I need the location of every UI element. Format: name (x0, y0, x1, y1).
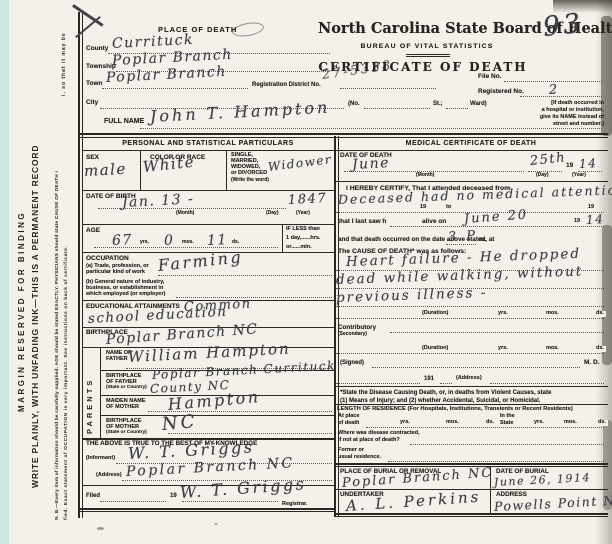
ink-speck-2 (214, 523, 218, 525)
header-rule-a (80, 133, 608, 135)
form-left-border-inner (82, 12, 83, 518)
bureau-rule-a (406, 54, 450, 55)
bureau-subtitle: BUREAU OF VITAL STATISTICS (318, 44, 536, 51)
left-bottom-rule-b (80, 511, 334, 512)
signed-address-line (490, 382, 604, 384)
cause-rule-3 (336, 305, 604, 307)
footnote-top-rule (336, 386, 608, 387)
left-bottom-rule-a (80, 508, 334, 510)
father-name-label-2: FATHER (106, 357, 128, 363)
dob-day-label: (Day) (266, 211, 279, 216)
duration-yrs-2: yrs. (496, 346, 510, 352)
certify-19b-label: 19 (586, 205, 596, 211)
certify-19a-label: 19 (418, 205, 428, 211)
death-day-label: (Day) (536, 173, 549, 178)
at-place-label-2: of death (338, 421, 359, 427)
sex-row-bottom-rule (82, 190, 334, 191)
filed-line-1 (100, 500, 166, 502)
parents-label: PARENTS (86, 370, 94, 434)
in-state-label-1: In the (498, 414, 517, 420)
dob-row-bottom-rule (82, 224, 334, 225)
hospital-note-line-2: a hospital or institution, (500, 108, 604, 114)
dob-year-value: 1847 (288, 192, 328, 207)
dob-value: Jan. 13 - (122, 192, 195, 210)
duration-mos-1: mos. (544, 311, 561, 317)
death-year-value: 14 (579, 157, 598, 170)
cause-line-3: previous illness - (336, 287, 488, 306)
death-occurred-m-label: m. (479, 237, 486, 243)
md-label: M. D. (584, 360, 600, 367)
last-saw-year-value: 14 (586, 213, 605, 226)
age-ds-label: ds. (230, 240, 241, 245)
town-line (102, 87, 248, 89)
personal-section-title: PERSONAL AND STATISTICAL PARTICULARS (82, 140, 334, 147)
dod-bottom-rule (336, 181, 608, 182)
right-bottom-rule-a (334, 513, 608, 515)
death-certificate-scan: MARGIN RESERVED FOR BINDING WRITE PLAINL… (0, 0, 612, 544)
residence-mos-1: mos. (444, 420, 461, 426)
father-bp-label-3: (State or Country) (106, 386, 147, 391)
sex-cell-divider-2 (226, 150, 227, 190)
residence-yrs-1: yrs. (398, 420, 412, 426)
at-place-label-1: At place (338, 414, 359, 420)
county-value: Currituck (112, 33, 195, 51)
if-less-line-3: or......min. (286, 245, 312, 251)
town-label: Town (86, 81, 103, 88)
death-year-19: 19 (566, 163, 573, 170)
bureau-rule-b (406, 56, 450, 57)
last-saw-statement: that I last saw h (338, 219, 386, 226)
secondary-label: (Secondary) (338, 332, 367, 337)
signed-label: (Signed) (340, 360, 364, 366)
residence-ds-2: ds. (596, 420, 608, 426)
alive-on-label: alive on (420, 219, 448, 226)
city-no-label: (No. (348, 101, 360, 107)
occupation-a-label-2: particular kind of work (86, 270, 145, 276)
margin-write-plainly-note: WRITE PLAINLY, WITH UNFADING INK—THIS IS… (31, 92, 40, 488)
death-month-value: June (352, 156, 391, 172)
registration-district-label: Registration District No. (252, 82, 321, 88)
dob-month-label: (Month) (176, 211, 194, 216)
residence-line (366, 426, 604, 428)
marital-sub-label: (Write the word) (231, 178, 269, 183)
mother-name-bottom-rule (100, 415, 334, 416)
residence-mos-2: mos. (562, 420, 579, 426)
city-no-line (364, 107, 430, 109)
duration-label-1: (Duration) (420, 311, 450, 317)
occupation-b-line (176, 296, 332, 298)
in-state-label-2: State (498, 421, 515, 427)
residence-top-rule (336, 404, 608, 405)
age-label: AGE (86, 228, 100, 235)
death-time-value: 3 P (448, 229, 479, 244)
age-months-value: 0 (164, 233, 175, 248)
sex-value: male (84, 162, 128, 179)
age-days-value: 11 (207, 233, 229, 248)
former-label-1: Former or (338, 448, 364, 454)
header-rule-b (80, 137, 608, 138)
hospital-note-line-3: give its NAME instead of (500, 115, 604, 121)
former-line (388, 460, 604, 462)
last-saw-19-label: 19 (572, 219, 582, 225)
file-no-label: File No. (478, 74, 501, 81)
filed-19-label: 19 (170, 493, 177, 499)
occupation-a-line (158, 274, 332, 276)
board-title: North Carolina State Board of Health (318, 22, 536, 37)
contributory-line (390, 331, 604, 333)
death-year-label: (Year) (572, 173, 586, 178)
residence-title: LENGTH OF RESIDENCE (For Hospitals, Inst… (337, 407, 573, 413)
age-yrs-label: yrs. (138, 240, 151, 245)
date-191-line-a (336, 382, 420, 384)
dob-year-label: (Year) (296, 211, 310, 216)
medical-section-title: MEDICAL CERTIFICATE OF DEATH (336, 140, 606, 147)
city-st-line (446, 107, 468, 109)
footnote-line-1: *State the Disease Causing Death, or, in… (340, 390, 551, 396)
city-ward-label: Ward) (470, 101, 487, 107)
column-divider-a (334, 136, 336, 516)
margin-nb-note-line1: N. B.—Every item of information should b… (56, 112, 61, 520)
registered-no-line (520, 95, 602, 97)
last-saw-value: June 20 (464, 209, 529, 226)
registered-no-label: Registered No. (478, 89, 524, 96)
mother-bp-label-3: (State or Country) (106, 431, 147, 436)
city-label: City (86, 100, 98, 107)
duration-yrs-1: yrs. (496, 311, 510, 317)
full-name-label: FULL NAME (104, 118, 144, 125)
signed-address-label: (Address) (456, 376, 482, 382)
county-label: County (86, 46, 108, 53)
full-name-value: John T. Hampton (150, 100, 331, 125)
filed-label: Filed (86, 493, 100, 499)
mother-bp-value: NC (161, 413, 198, 434)
if-less-line-2: 1 day,......hrs. (286, 236, 320, 242)
hospital-note-line-1: [If death occurred in (500, 101, 604, 107)
contracted-line (410, 443, 604, 445)
margin-binding-note: MARGIN RESERVED FOR BINDING (18, 162, 26, 412)
certify-to-label: to (444, 205, 453, 211)
death-month-label: (Month) (416, 173, 434, 178)
sex-cell-divider-1 (140, 150, 141, 190)
death-day-value: 25th (529, 151, 566, 168)
signed-line (372, 366, 580, 368)
marital-label-4: or DIVORCED (231, 171, 267, 177)
full-name-line (140, 127, 602, 129)
parents-inner-divider (100, 347, 101, 438)
residence-yrs-2: yrs. (532, 420, 546, 426)
certificate-title: CERTIFICATE OF DEATH (312, 61, 534, 73)
age-years-value: 67 (112, 233, 134, 248)
informant-address-label: (Address) (96, 473, 122, 479)
residence-ds-1: ds. (484, 420, 496, 426)
city-st-label: St.; (433, 101, 443, 107)
scan-shadow-band-2 (602, 225, 612, 365)
marital-value: Widower (267, 153, 332, 173)
margin-fragment-note: i, so that it may be (62, 18, 67, 96)
duration-label-2: (Duration) (420, 346, 450, 352)
age-cell-divider (282, 224, 283, 252)
contracted-label-1: Where was disease contracted, (338, 431, 420, 437)
duration-line-1 (336, 317, 604, 319)
ink-speck-1 (97, 527, 104, 530)
form-left-border (78, 12, 80, 518)
contracted-label-2: if not at place of death? (338, 438, 400, 444)
binding-edge-strip (0, 0, 9, 544)
occupation-label: OCCUPATION (86, 256, 129, 263)
occupation-b-label-3: which employed (or employer) (86, 292, 165, 298)
date-191-label: 191 (424, 376, 434, 382)
mother-name-label-2: OF MOTHER (106, 405, 139, 411)
former-label-2: usual residence. (338, 455, 381, 461)
right-bottom-rule-b (334, 516, 608, 517)
burial-date-value: June 26, 1914 (494, 472, 592, 488)
date-191-line-b (440, 382, 452, 384)
page-number-handwritten: 93 (542, 10, 585, 41)
margin-nb-note-line2: fied. Exact statement of OCCUPATION is v… (65, 112, 70, 520)
registered-no-value: 2 (549, 83, 559, 96)
if-less-line-1: IF LESS than (286, 227, 320, 233)
burial-top-rule-a (336, 463, 608, 465)
color-race-value: White (142, 155, 196, 175)
duration-mos-2: mos. (544, 346, 561, 352)
registrar-label: Registrar. (282, 502, 307, 508)
file-no-line (504, 80, 602, 82)
titles-rule (82, 150, 608, 151)
age-mos-label: mos. (180, 240, 196, 245)
duration-ds-2: ds. (594, 346, 606, 352)
duration-line-2 (336, 352, 604, 354)
duration-ds-1: ds. (594, 311, 606, 317)
informant-label: (Informant) (86, 456, 115, 462)
registration-district-line (340, 87, 436, 89)
